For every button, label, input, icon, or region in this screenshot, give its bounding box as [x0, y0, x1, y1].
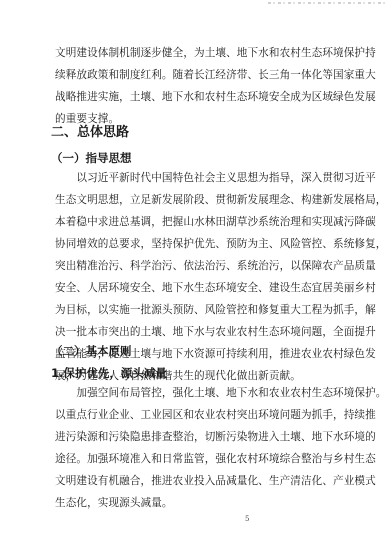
principle-1-paragraph: 加强空间布局管控，强化土壤、地下水和农业农村生态环境保护。 以重点行业企业、工业… [55, 382, 345, 514]
text-line: 续释放政策和制度红利。随着长江经济带、长三角一体化等国家重大 [55, 64, 345, 86]
text-line: 生态化，实现源头减量。 [55, 492, 345, 514]
text-line: 加强空间布局管控，强化土壤、地下水和农业农村生态环境保护。 [55, 382, 345, 404]
text-line: 本着稳中求进总基调，把握山水林田湖草沙系统治理和实现减污降碳 [55, 211, 345, 233]
intro-paragraph: 文明建设体制机制逐步健全，为土壤、地下水和农村生态环境保护持 续释放政策和制度红… [55, 42, 345, 130]
text-line: 文明建设有机融合，推进农业投入品减量化、生产清洁化、产业模式 [55, 470, 345, 492]
text-line: 以重点行业企业、工业园区和农业农村突出环境问题为抓手，持续推 [55, 404, 345, 426]
subsection-heading-basic-principles: （二）基本原则 [51, 343, 132, 359]
text-line: 战略推进实施，土壤、地下水和农村生态环境安全成为区域绿色发展 [55, 86, 345, 108]
text-line: 协同增效的总要求，坚持保护优先、预防为主、风险管控、系统修复， [55, 233, 345, 255]
text-line: 突出精准治污、科学治污、依法治污、系统治污，以保障农产品质量 [55, 255, 345, 277]
principle-heading-protection-priority: 1.保护优先，源头减量 [51, 365, 167, 381]
text-line: 安全、人居环境安全、地下水生态环境安全、建设生态宜居美丽乡村 [55, 277, 345, 299]
text-line: 决一批本市突出的土壤、地下水与农业农村生态环境问题，全面提升 [55, 321, 345, 343]
subsection-heading-guiding-ideology: （一）指导思想 [51, 150, 132, 166]
text-line: 以习近平新时代中国特色社会主义思想为指导，深入贯彻习近平 [55, 167, 345, 189]
text-line: 生态文明思想，立足新发展阶段、贯彻新发展理念、构建新发展格局， [55, 189, 345, 211]
page-number: 5 [245, 515, 249, 523]
scan-artifact [268, 2, 386, 4]
text-line: 为目标，以实施一批源头预防、风险管控和修复重大工程为抓手，解 [55, 299, 345, 321]
text-line: 文明建设体制机制逐步健全，为土壤、地下水和农村生态环境保护持 [55, 42, 345, 64]
section-heading-overall-approach: 二、总体思路 [51, 124, 129, 142]
text-line: 进污染源和污染隐患排查整治，切断污染物进入土壤、地下水环境的 [55, 426, 345, 448]
text-line: 途径。加强环境准入和日常监管，强化农村环境综合整治与乡村生态 [55, 448, 345, 470]
